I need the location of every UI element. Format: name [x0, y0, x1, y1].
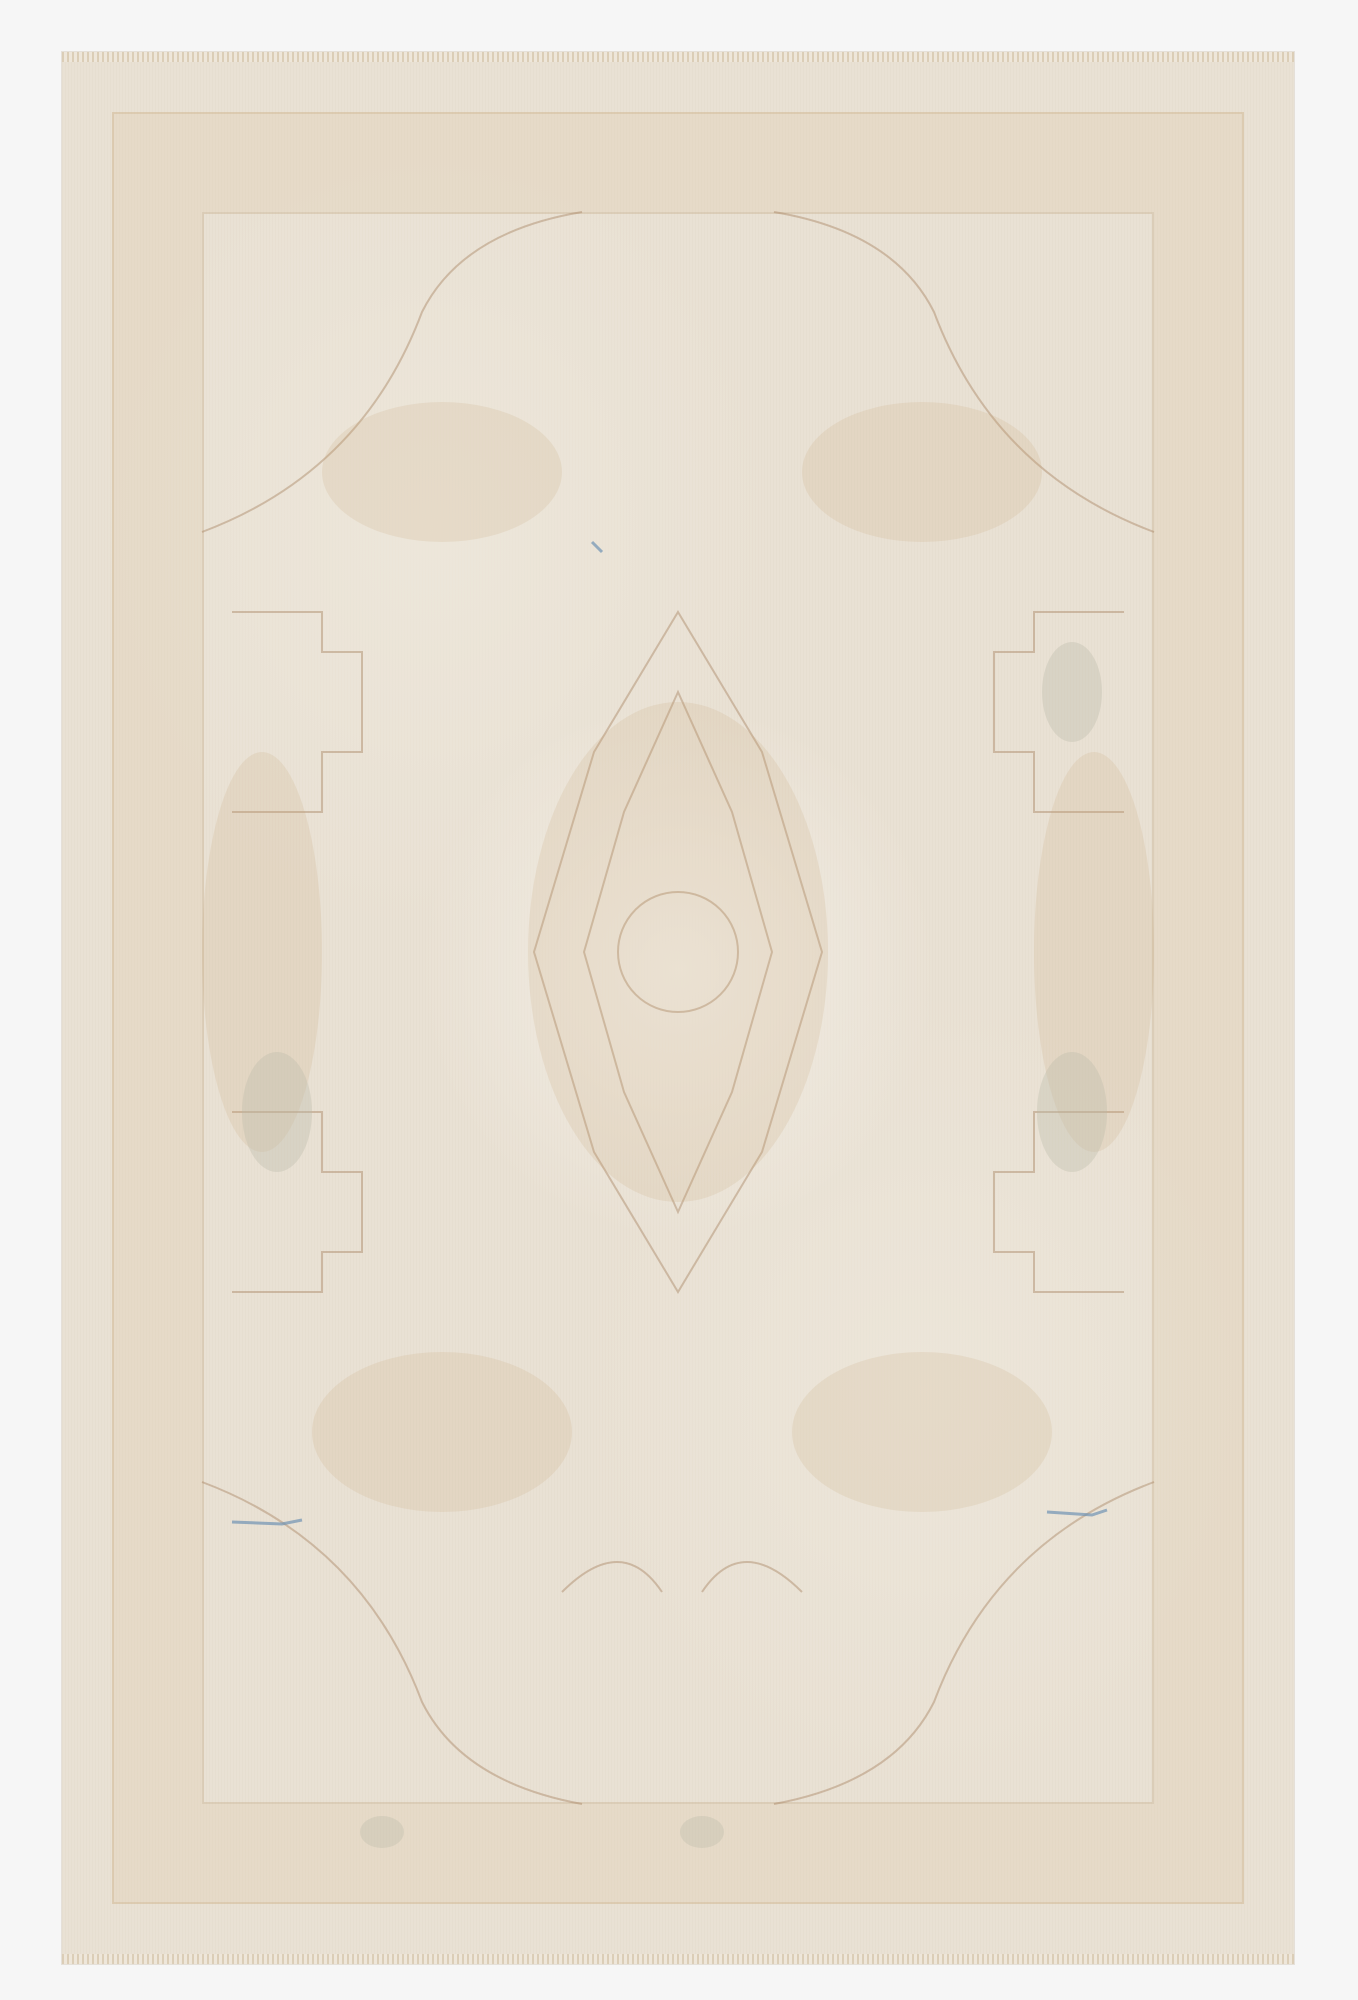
rug-photo: [62, 52, 1294, 1964]
rug-medallion-pattern: [62, 52, 1294, 1964]
